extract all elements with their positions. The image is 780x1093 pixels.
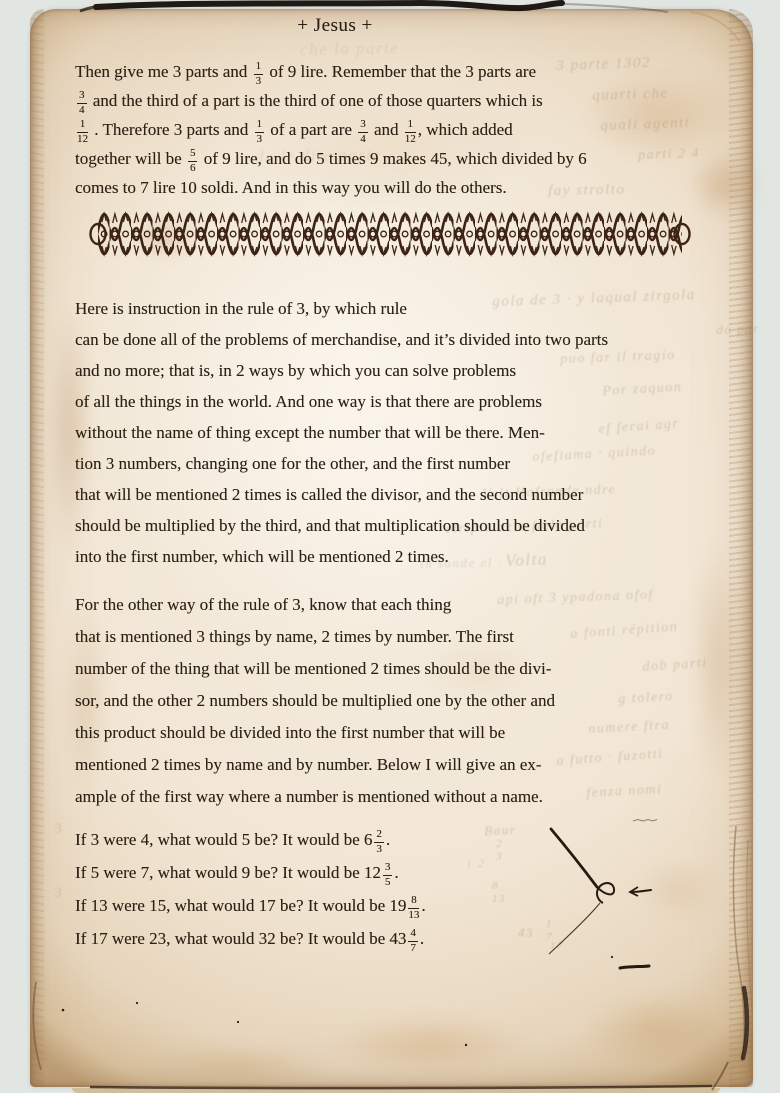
text-line: tion 3 numbers, changing one for the oth…: [75, 448, 608, 479]
text-line: 112 . Therefore 3 parts and 13 of a part…: [75, 115, 587, 144]
page-top-edge-shadow: [96, 3, 562, 8]
text-line: can be done all of the problems of merch…: [75, 324, 608, 355]
fraction: 34: [77, 90, 87, 116]
worn-right-edge: [729, 9, 753, 1087]
text-line: without the name of thing except the num…: [75, 417, 608, 448]
page-below-edge: [72, 1088, 720, 1093]
text-line: and no more; that is, in 2 ways by which…: [75, 355, 608, 386]
manuscript-page-scan: { "colors": { "background": "#e1e6e2", "…: [0, 0, 780, 1093]
text-line: into the first number, which will be men…: [75, 541, 608, 572]
fraction: 13: [254, 61, 264, 87]
fraction: 23: [374, 829, 384, 855]
text-line: that will be mentioned 2 times is called…: [75, 479, 608, 510]
braided-rope-divider: [88, 211, 692, 257]
text-line: should be multiplied by the third, and t…: [75, 510, 608, 541]
fraction: 34: [358, 119, 368, 145]
fraction: 47: [408, 928, 418, 954]
page-title: + Jesus +: [30, 15, 640, 37]
paragraph-rule-of-three-intro: Here is instruction in the rule of 3, by…: [75, 293, 608, 572]
text-line: Then give me 3 parts and 13 of 9 lire. R…: [75, 57, 587, 86]
text-line: For the other way of the rule of 3, know…: [75, 589, 555, 621]
text-line: comes to 7 lire 10 soldi. And in this wa…: [75, 173, 587, 202]
text-line: together will be 56 of 9 lire, and do 5 …: [75, 144, 587, 173]
fraction: 813: [408, 895, 419, 921]
text-line: sor, and the other 2 numbers should be m…: [75, 685, 555, 717]
fraction: 35: [383, 862, 393, 888]
paragraph-rule-of-three-second-way: For the other way of the rule of 3, know…: [75, 589, 555, 813]
text-line: ample of the first way where a number is…: [75, 781, 555, 813]
text-line: this product should be divided into the …: [75, 717, 555, 749]
paragraph-examples: If 3 were 4, what would 5 be? It would b…: [75, 823, 426, 955]
braid-pattern: [98, 211, 682, 257]
text-line: mentioned 2 times by name and by number.…: [75, 749, 555, 781]
text-line: 34 and the third of a part is the third …: [75, 86, 587, 115]
text-line: If 5 were 7, what would 9 be? It would b…: [75, 856, 426, 889]
fraction: 112: [77, 119, 88, 145]
text-line: number of the thing that will be mention…: [75, 653, 555, 685]
text-line: Here is instruction in the rule of 3, by…: [75, 293, 608, 324]
text-line: of all the things in the world. And one …: [75, 386, 608, 417]
paragraph-lire-problem: Then give me 3 parts and 13 of 9 lire. R…: [75, 57, 587, 202]
fraction: 56: [188, 148, 198, 174]
text-line: If 3 were 4, what would 5 be? It would b…: [75, 823, 426, 856]
text-line: If 17 were 23, what would 32 be? It woul…: [75, 922, 426, 955]
fraction: 112: [405, 119, 416, 145]
text-line: that is mentioned 3 things by name, 2 ti…: [75, 621, 555, 653]
worn-left-edge: [30, 9, 44, 1087]
fraction: 13: [255, 119, 265, 145]
text-line: If 13 were 15, what would 17 be? It woul…: [75, 889, 426, 922]
